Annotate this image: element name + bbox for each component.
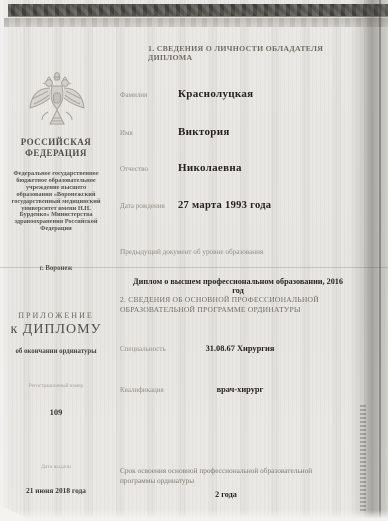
section2-title-line1: 2. СВЕДЕНИЯ ОБ ОСНОВНОЙ ПРОФЕССИОНАЛЬНОЙ: [120, 295, 345, 305]
supplement-word: ПРИЛОЖЕНИЕ: [6, 311, 106, 320]
specialty-value: 31.08.67 Хирургия: [120, 344, 360, 353]
section2-title-line2: ОБРАЗОВАТЕЛЬНОЙ ПРОГРАММЕ ОРДИНАТУРЫ: [120, 305, 345, 315]
institution-city: г. Воронеж: [8, 265, 104, 272]
supplement-subtitle: об окончании ординатуры: [6, 348, 106, 355]
firstname-label: Имя: [120, 129, 133, 137]
country-line1: РОССИЙСКАЯ: [6, 137, 106, 148]
left-panel: РОССИЙСКАЯ ФЕДЕРАЦИЯ Федеральное государ…: [4, 30, 108, 510]
russian-coat-of-arms-icon: [24, 70, 90, 136]
issue-date-value: 21 июня 2018 года: [6, 486, 106, 495]
scan-edge-line: [379, 0, 381, 521]
page-corner-fold: [0, 505, 32, 521]
spine-microtext: [360, 403, 366, 511]
scan-bottom-edge: [0, 510, 388, 521]
registration-number-value: 109: [6, 407, 106, 417]
program-duration-value: 2 года: [120, 490, 332, 499]
surname-label: Фамилия: [120, 91, 147, 99]
registration-number-label: Регистрационный номер: [6, 383, 106, 389]
patronymic-value: Николаевна: [178, 162, 242, 174]
qualification-value: врач-хирург: [120, 385, 360, 394]
birthdate-value: 27 марта 1993 года: [178, 200, 271, 211]
section2-title: 2. СВЕДЕНИЯ ОБ ОСНОВНОЙ ПРОФЕССИОНАЛЬНОЙ…: [120, 295, 345, 314]
country-line2: ФЕДЕРАЦИЯ: [6, 148, 106, 159]
firstname-value: Виктория: [178, 126, 230, 138]
institution-name: Федеральное государственное бюджетное об…: [10, 171, 102, 233]
birthdate-label: Дата рождения: [120, 202, 165, 210]
issue-date-label: Дата выдачи: [6, 464, 106, 470]
supplement-to-diploma: к ДИПЛОМУ: [6, 322, 106, 338]
surname-value: Краснолуцкая: [178, 88, 253, 100]
country-title: РОССИЙСКАЯ ФЕДЕРАЦИЯ: [6, 137, 106, 158]
previous-education-doc-label: Предыдущий документ об уровне образовани…: [120, 248, 340, 256]
section1-title: 1. СВЕДЕНИЯ О ЛИЧНОСТИ ОБЛАДАТЕЛЯ ДИПЛОМ…: [148, 44, 362, 62]
main-content: 1. СВЕДЕНИЯ О ЛИЧНОСТИ ОБЛАДАТЕЛЯ ДИПЛОМ…: [118, 0, 362, 521]
previous-education-doc-value: Диплом о высшем профессиональном образов…: [128, 277, 348, 295]
program-duration-label: Срок освоения основной профессиональной …: [120, 466, 332, 485]
diploma-supplement-scan: РОССИЙСКАЯ ФЕДЕРАЦИЯ Федеральное государ…: [0, 0, 388, 521]
patronymic-label: Отчество: [120, 165, 148, 173]
